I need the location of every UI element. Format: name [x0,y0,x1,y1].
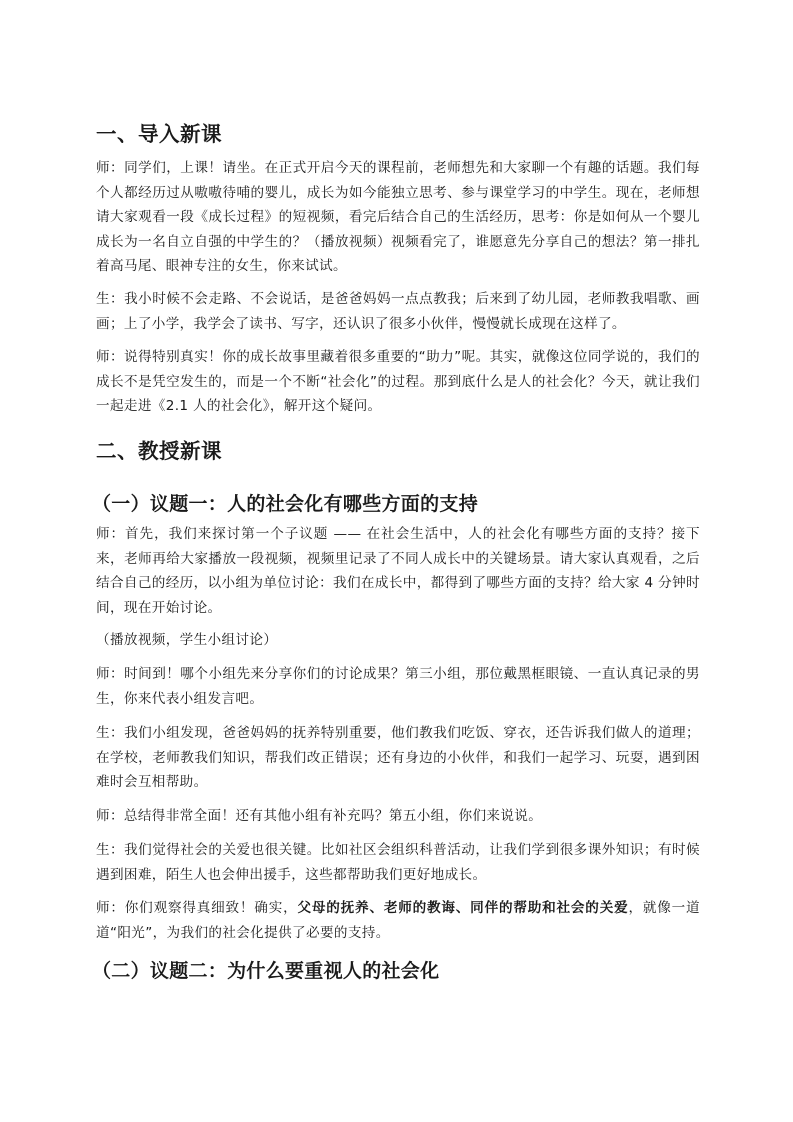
subsection-heading-topic-1: （一）议题一：人的社会化有哪些方面的支持 [92,491,478,517]
paragraph: 生：我们小组发现，爸爸妈妈的抚养特别重要，他们教我们吃饭、穿衣，还告诉我们做人的… [96,721,700,795]
paragraph: （播放视频，学生小组讨论） [96,628,700,653]
paragraph: 生：我们觉得社会的关爱也很关键。比如社区会组织科普活动，让我们学到很多课外知识；… [96,838,700,887]
paragraph: 师：首先，我们来探讨第一个子议题 —— 在社会生活中，人的社会化有哪些方面的支持… [96,522,700,620]
paragraph: 师：说得特别真实！你的成长故事里藏着很多重要的“助力”呢。其实，就像这位同学说的… [96,345,700,419]
paragraph: 生：我小时候不会走路、不会说话，是爸爸妈妈一点点教我；后来到了幼儿园，老师教我唱… [96,287,700,336]
section-heading-intro: 一、导入新课 [96,121,222,147]
conclusion-emphasis: 父母的抚养、老师的教诲、同伴的帮助和社会的关爱 [297,900,628,916]
section-heading-teaching: 二、教授新课 [96,438,222,464]
paragraph: 师：同学们，上课！请坐。在正式开启今天的课程前，老师想先和大家聊一个有趣的话题。… [96,156,700,279]
conclusion-lead: 师：你们观察得真细致！确实， [96,900,297,916]
subsection-heading-topic-2: （二）议题二：为什么要重视人的社会化 [92,958,439,984]
paragraph-conclusion: 师：你们观察得真细致！确实，父母的抚养、老师的教诲、同伴的帮助和社会的关爱，就像… [96,896,700,945]
paragraph: 师：总结得非常全面！还有其他小组有补充吗？第五小组，你们来说说。 [96,804,700,829]
paragraph: 师：时间到！哪个小组先来分享你们的讨论成果？第三小组，那位戴黑框眼镜、一直认真记… [96,662,700,711]
